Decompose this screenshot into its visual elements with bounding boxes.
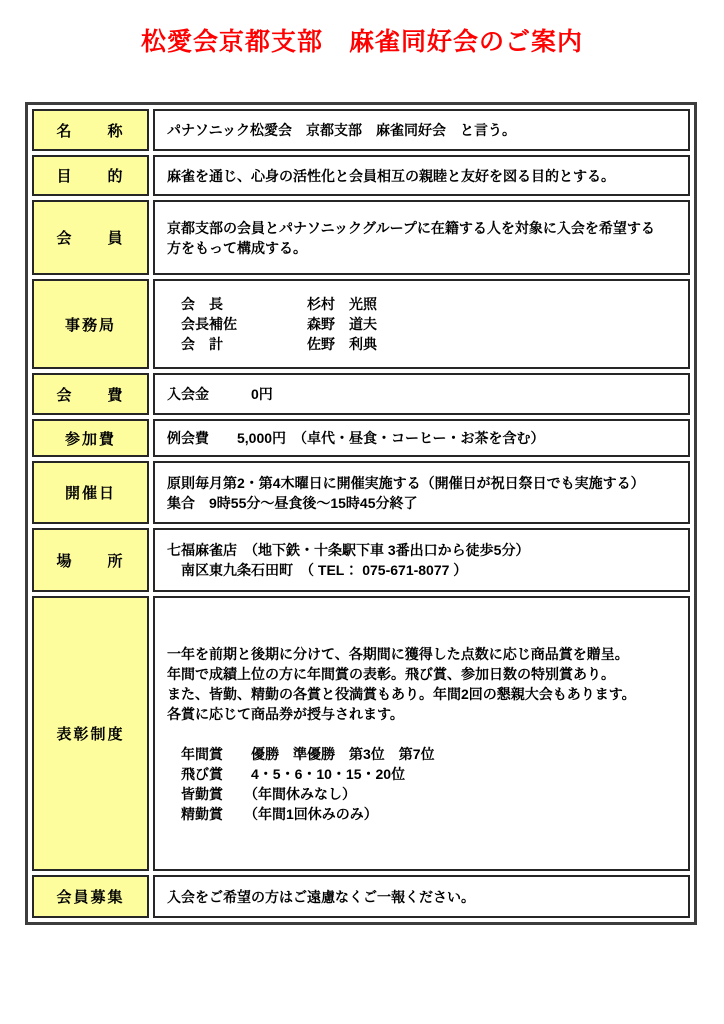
row-label-cell: 名 称 <box>32 109 149 151</box>
content-line: 入会をご希望の方はご遠慮なくご一報ください。 <box>167 887 680 907</box>
table-row-participation-fee: 参加費 例会費 5,000円 （卓代・昼食・コーヒー・お茶を含む） <box>32 419 690 457</box>
row-content-cell: 会 長 杉村 光照 会長補佐 森野 道夫 会 計 佐野 利典 <box>153 279 690 369</box>
content-line: 例会費 5,000円 （卓代・昼食・コーヒー・お茶を含む） <box>167 428 680 448</box>
content-line: 会 計 佐野 利典 <box>167 334 680 354</box>
page-title: 松愛会京都支部 麻雀同好会のご案内 <box>0 0 724 56</box>
row-label-cell: 開催日 <box>32 461 149 524</box>
table-row-awards: 表彰制度 一年を前期と後期に分けて、各期間に獲得した点数に応じ商品賞を贈呈。 年… <box>32 596 690 871</box>
row-content-cell: 麻雀を通じ、心身の活性化と会員相互の親睦と友好を図る目的とする。 <box>153 155 690 196</box>
row-content-cell: 入会金 0円 <box>153 373 690 415</box>
content-line: 集合 9時55分～昼食後～15時45分終了 <box>167 493 680 513</box>
row-label-cell: 会 員 <box>32 200 149 275</box>
content-line: 各賞に応じて商品券が授与されます。 <box>167 704 680 724</box>
table-row-membership-fee: 会 費 入会金 0円 <box>32 373 690 415</box>
content-line: 麻雀を通じ、心身の活性化と会員相互の親睦と友好を図る目的とする。 <box>167 166 680 186</box>
content-line: 南区東九条石田町 （ TEL： 075-671-8077 ） <box>167 560 680 580</box>
content-line: 会 長 杉村 光照 <box>167 294 680 314</box>
table-row-name: 名 称 パナソニック松愛会 京都支部 麻雀同好会 と言う。 <box>32 109 690 151</box>
row-content-cell: 七福麻雀店 （地下鉄・十条駅下車 3番出口から徒歩5分） 南区東九条石田町 （ … <box>153 528 690 592</box>
content-line: 年間賞 優勝 準優勝 第3位 第7位 <box>167 744 680 764</box>
table-row-recruitment: 会員募集 入会をご希望の方はご遠慮なくご一報ください。 <box>32 875 690 918</box>
row-label-cell: 表彰制度 <box>32 596 149 871</box>
table-row-secretariat: 事務局 会 長 杉村 光照 会長補佐 森野 道夫 会 計 佐野 利典 <box>32 279 690 369</box>
content-line: 入会金 0円 <box>167 384 680 404</box>
content-line: 皆勤賞 （年間休みなし） <box>167 784 680 804</box>
info-table: 名 称 パナソニック松愛会 京都支部 麻雀同好会 と言う。 目 的 麻雀を通じ、… <box>25 102 697 925</box>
row-label-cell: 会員募集 <box>32 875 149 918</box>
content-line: 飛び賞 4・5・6・10・15・20位 <box>167 764 680 784</box>
row-content-cell: 原則毎月第2・第4木曜日に開催実施する（開催日が祝日祭日でも実施する） 集合 9… <box>153 461 690 524</box>
table-row-schedule: 開催日 原則毎月第2・第4木曜日に開催実施する（開催日が祝日祭日でも実施する） … <box>32 461 690 524</box>
content-line: 年間で成績上位の方に年間賞の表彰。飛び賞、参加日数の特別賞あり。 <box>167 664 680 684</box>
table-row-members: 会 員 京都支部の会員とパナソニックグループに在籍する人を対象に入会を希望する … <box>32 200 690 275</box>
document-page: 松愛会京都支部 麻雀同好会のご案内 名 称 パナソニック松愛会 京都支部 麻雀同… <box>0 0 724 1024</box>
content-line: また、皆勤、精勤の各賞と役満賞もあり。年間2回の懇親大会もあります。 <box>167 684 680 704</box>
content-line: 会長補佐 森野 道夫 <box>167 314 680 334</box>
row-label-cell: 事務局 <box>32 279 149 369</box>
table-row-purpose: 目 的 麻雀を通じ、心身の活性化と会員相互の親睦と友好を図る目的とする。 <box>32 155 690 196</box>
content-line: 七福麻雀店 （地下鉄・十条駅下車 3番出口から徒歩5分） <box>167 540 680 560</box>
content-line: 一年を前期と後期に分けて、各期間に獲得した点数に応じ商品賞を贈呈。 <box>167 644 680 664</box>
content-line: 方をもって構成する。 <box>167 238 680 258</box>
row-content-cell: パナソニック松愛会 京都支部 麻雀同好会 と言う。 <box>153 109 690 151</box>
row-content-cell: 入会をご希望の方はご遠慮なくご一報ください。 <box>153 875 690 918</box>
content-line: 京都支部の会員とパナソニックグループに在籍する人を対象に入会を希望する <box>167 218 680 238</box>
table-row-venue: 場 所 七福麻雀店 （地下鉄・十条駅下車 3番出口から徒歩5分） 南区東九条石田… <box>32 528 690 592</box>
row-content-cell: 一年を前期と後期に分けて、各期間に獲得した点数に応じ商品賞を贈呈。 年間で成績上… <box>153 596 690 871</box>
content-line: 原則毎月第2・第4木曜日に開催実施する（開催日が祝日祭日でも実施する） <box>167 473 680 493</box>
row-label-cell: 場 所 <box>32 528 149 592</box>
row-content-cell: 京都支部の会員とパナソニックグループに在籍する人を対象に入会を希望する 方をもっ… <box>153 200 690 275</box>
row-label-cell: 目 的 <box>32 155 149 196</box>
content-line: 精勤賞 （年間1回休みのみ） <box>167 804 680 824</box>
content-line <box>167 724 680 744</box>
row-label-cell: 参加費 <box>32 419 149 457</box>
row-content-cell: 例会費 5,000円 （卓代・昼食・コーヒー・お茶を含む） <box>153 419 690 457</box>
content-line: パナソニック松愛会 京都支部 麻雀同好会 と言う。 <box>167 120 680 140</box>
row-label-cell: 会 費 <box>32 373 149 415</box>
